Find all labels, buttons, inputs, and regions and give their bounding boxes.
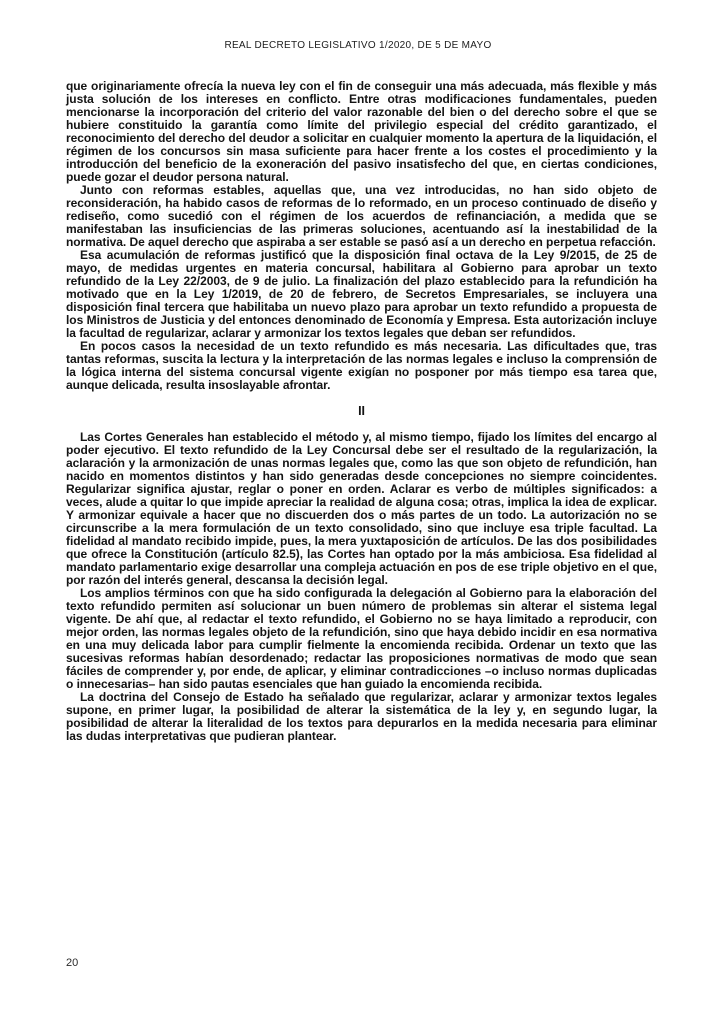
running-header: REAL DECRETO LEGISLATIVO 1/2020, DE 5 DE… xyxy=(0,40,716,51)
paragraph: En pocos casos la necesidad de un texto … xyxy=(66,340,657,392)
document-page: REAL DECRETO LEGISLATIVO 1/2020, DE 5 DE… xyxy=(0,0,716,1009)
paragraph: Esa acumulación de reformas justificó qu… xyxy=(66,249,657,340)
paragraph: Los amplios términos con que ha sido con… xyxy=(66,587,657,691)
page-number: 20 xyxy=(66,957,78,969)
paragraph: La doctrina del Consejo de Estado ha señ… xyxy=(66,691,657,743)
paragraph: Junto con reformas estables, aquellas qu… xyxy=(66,184,657,249)
paragraph-continuation: que originariamente ofrecía la nueva ley… xyxy=(66,80,657,184)
section-heading: II xyxy=(66,405,657,418)
document-body: que originariamente ofrecía la nueva ley… xyxy=(66,80,657,743)
paragraph: Las Cortes Generales han establecido el … xyxy=(66,431,657,587)
